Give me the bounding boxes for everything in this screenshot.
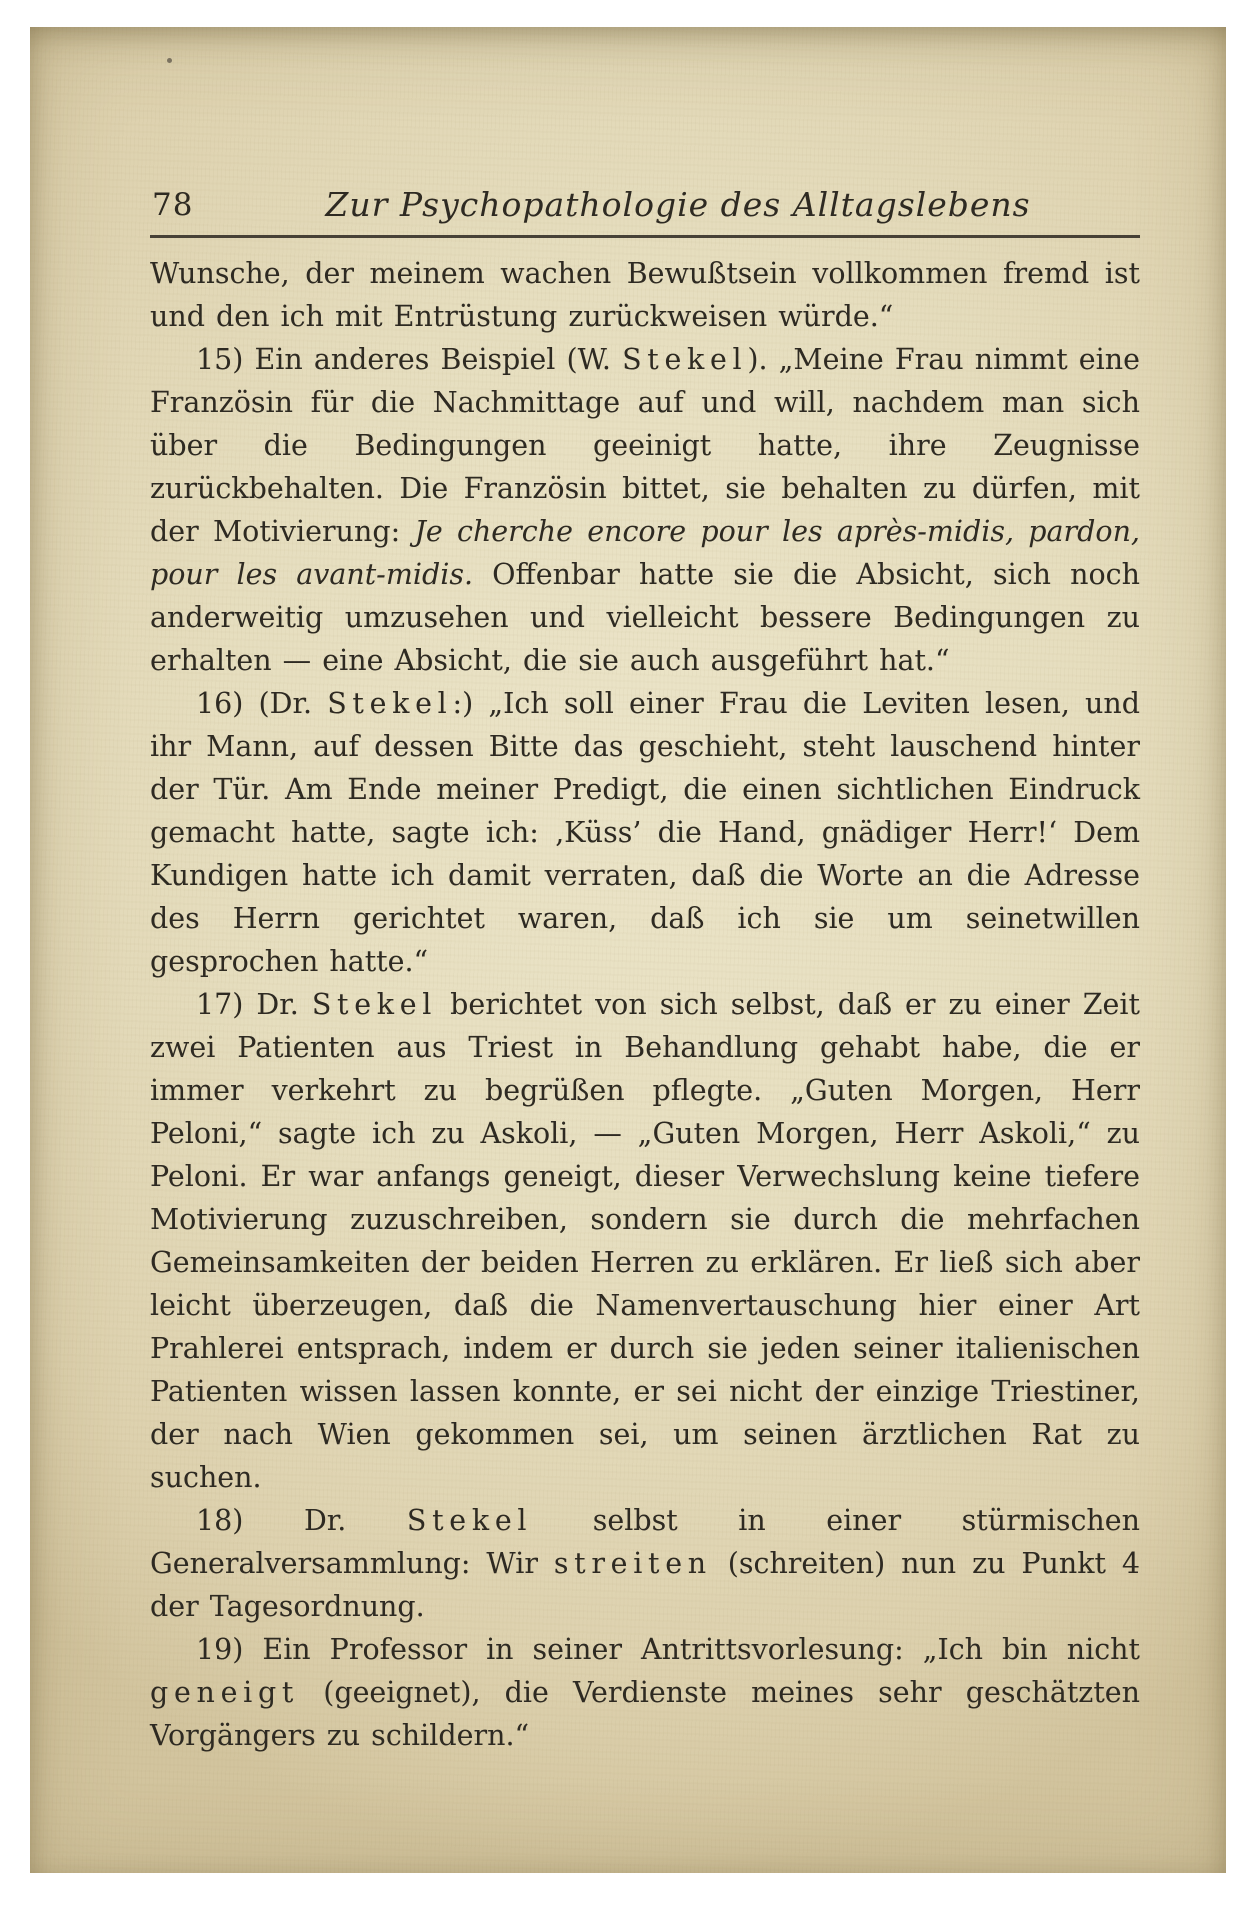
scan-background: { "colors": { "paper": "#e6debf", "paper… [0,0,1255,1905]
paragraph: 18) Dr. Stekel selbst in einer stürmisch… [150,1499,1140,1628]
text-segment-normal: berichtet von sich selbst, daß er zu ein… [150,988,1140,1494]
text-segment-normal: 19) Ein Professor in seiner Antrittsvorl… [196,1633,1140,1666]
text-segment-spaced: geneigt [150,1676,299,1709]
text-segment-spaced: Stekel [622,343,747,376]
book-page-paper: 78 Zur Psychopathologie des Alltagsleben… [30,27,1226,1873]
text-segment-normal: 16) (Dr. [196,687,327,720]
text-segment-normal: 17) Dr. [196,988,312,1021]
header-rule [150,235,1140,238]
text-segment-spaced: Stekel [312,988,437,1021]
scan-speck [167,58,172,63]
text-segment-normal: Wunsche, der meinem wachen Bewußtsein vo… [150,257,1140,333]
text-body: Wunsche, der meinem wachen Bewußtsein vo… [150,252,1140,1757]
text-segment-normal: 18) Dr. [196,1504,407,1537]
paragraph: 15) Ein anderes Beispiel (W. Stekel). „M… [150,338,1140,682]
text-segment-normal: (geeignet), die Verdienste meines sehr g… [150,1676,1140,1752]
page-header: 78 Zur Psychopathologie des Alltagsleben… [150,167,1140,227]
text-segment-normal: 15) Ein anderes Beispiel (W. [196,343,622,376]
text-segment-spaced: Stekel [407,1504,532,1537]
paragraph: 16) (Dr. Stekel:) „Ich soll einer Frau d… [150,682,1140,983]
text-segment-normal: :) „Ich soll einer Frau die Leviten lese… [150,687,1140,978]
paragraph: 19) Ein Professor in seiner Antrittsvorl… [150,1628,1140,1757]
running-title: Zur Psychopathologie des Alltagslebens [183,183,1173,227]
paragraph: Wunsche, der meinem wachen Bewußtsein vo… [150,252,1140,338]
paragraph: 17) Dr. Stekel berichtet von sich selbst… [150,983,1140,1499]
text-segment-spaced: streiten [554,1547,712,1580]
text-segment-spaced: Stekel [327,687,452,720]
page-text-block: 78 Zur Psychopathologie des Alltagsleben… [150,167,1140,1757]
